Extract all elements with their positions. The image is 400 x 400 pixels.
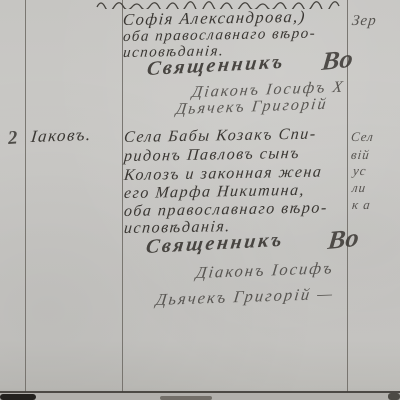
margin-fragment: Зер: [351, 13, 377, 30]
margin-fragment: к а: [351, 197, 372, 213]
edge-smudge: [388, 393, 400, 400]
infant-name: Іаковъ.: [30, 125, 93, 147]
priest-signature: Во: [320, 44, 354, 77]
edge-smudge: [0, 394, 36, 400]
priest-signature: Во: [326, 223, 360, 256]
margin-fragment: ус: [352, 163, 367, 179]
edge-smudge: [160, 396, 212, 400]
margin-fragment: ли: [351, 180, 367, 196]
body-line: Села Бабы Козакъ Спи-: [123, 126, 317, 147]
scan-page: Софія Александрова,) Зер оба православна…: [0, 0, 400, 400]
sexton-line: Дьячекъ Григорій —: [155, 284, 336, 310]
deacon-line: Діаконъ Іосифъ: [195, 258, 335, 283]
column-divider-left: [25, 0, 26, 392]
body-line: ридонъ Павловъ сынъ: [123, 145, 301, 166]
record-row-number: 2: [7, 127, 18, 150]
margin-fragment: вій: [350, 147, 370, 163]
margin-fragment: Сел: [350, 129, 375, 145]
